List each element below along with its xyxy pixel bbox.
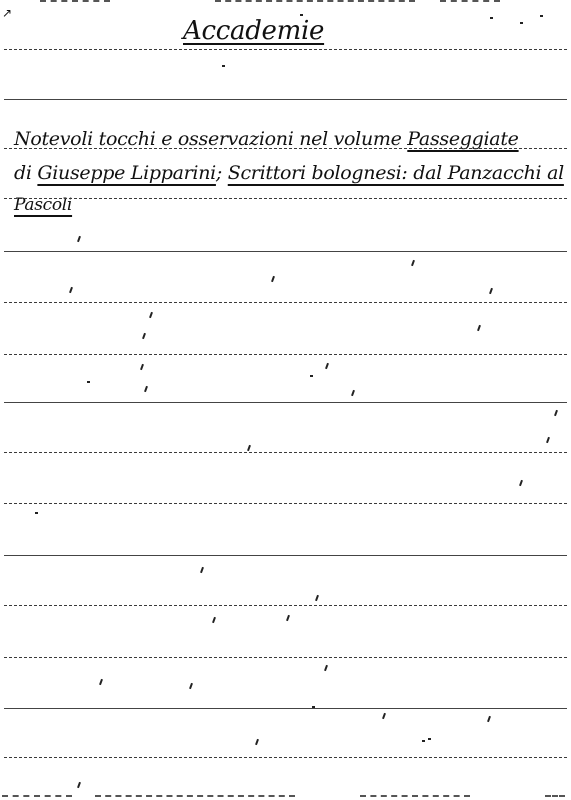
- ink-speck: [325, 363, 329, 369]
- ruled-line: [4, 757, 567, 758]
- ruled-line: [4, 49, 567, 50]
- ink-speck: [490, 17, 493, 19]
- ruled-line: [4, 605, 567, 606]
- ink-speck: [351, 390, 355, 396]
- ink-speck: [77, 782, 81, 788]
- ruled-line: [4, 302, 567, 303]
- note-text: ;: [216, 162, 228, 184]
- ink-speck: [222, 65, 225, 67]
- ink-speck: [411, 260, 415, 266]
- ink-speck: [200, 567, 204, 573]
- top-edge-marks: [40, 0, 110, 5]
- ink-speck: [487, 716, 491, 722]
- bottom-edge-marks: [2, 795, 72, 800]
- author-name: Giuseppe Lipparini: [37, 162, 216, 184]
- ink-speck: [286, 615, 290, 621]
- ink-speck: [428, 738, 431, 740]
- ruled-line: [4, 555, 567, 556]
- ruled-line: [4, 657, 567, 658]
- ruled-line: [4, 198, 567, 199]
- ruled-line: [4, 354, 567, 355]
- bottom-edge-marks: [360, 795, 470, 800]
- ink-speck: [310, 375, 313, 377]
- note-line-2: di Giuseppe Lipparini; Scrittori bologne…: [14, 162, 564, 184]
- ink-speck: [519, 480, 523, 486]
- ink-speck: [140, 364, 144, 370]
- ink-speck: [382, 713, 386, 719]
- ink-speck: [300, 14, 303, 16]
- ruled-line: [4, 452, 567, 453]
- ink-speck: [144, 386, 148, 392]
- book-title-scrittori: Scrittori bolognesi: dal Panzacchi al: [228, 162, 564, 184]
- document-page: ↗ Accademie Notevoli tocchi e osservazio…: [0, 0, 571, 800]
- page-title: Accademie: [183, 16, 324, 46]
- bottom-edge-marks: [95, 795, 295, 800]
- bottom-edge-marks: [545, 795, 565, 800]
- ink-speck: [546, 437, 550, 443]
- ink-speck: [324, 665, 328, 671]
- top-edge-marks: [440, 0, 500, 5]
- ink-speck: [99, 679, 103, 685]
- ruled-line: [4, 708, 567, 709]
- ink-speck: [312, 706, 315, 708]
- ink-speck: [77, 236, 81, 242]
- ink-speck: [212, 617, 216, 623]
- ink-speck: [540, 15, 543, 17]
- ink-speck: [189, 683, 193, 689]
- ink-speck: [422, 740, 425, 742]
- ink-speck: [247, 445, 251, 451]
- ink-speck: [255, 739, 259, 745]
- ruled-line: [4, 99, 567, 100]
- ink-speck: [142, 333, 146, 339]
- ink-speck: [554, 410, 558, 416]
- ink-speck: [69, 287, 73, 293]
- ink-speck: [489, 288, 493, 294]
- ink-speck: [87, 381, 90, 383]
- ruled-line: [4, 148, 567, 149]
- ink-speck: [315, 595, 319, 601]
- ink-speck: [149, 312, 153, 318]
- ruled-line: [4, 402, 567, 403]
- book-title-passeggiate: Passeggiate: [407, 128, 518, 150]
- ink-speck: [477, 325, 481, 331]
- ruled-line: [4, 503, 567, 504]
- note-line-1: Notevoli tocchi e osservazioni nel volum…: [14, 128, 519, 150]
- note-text: di: [14, 162, 37, 184]
- note-text: Notevoli tocchi e osservazioni nel volum…: [14, 128, 407, 150]
- corner-arrow-mark: ↗: [2, 6, 12, 20]
- ink-speck: [520, 22, 523, 24]
- ink-speck: [35, 512, 38, 514]
- top-edge-marks: [215, 0, 415, 5]
- ink-speck: [271, 276, 275, 282]
- ruled-line: [4, 251, 567, 252]
